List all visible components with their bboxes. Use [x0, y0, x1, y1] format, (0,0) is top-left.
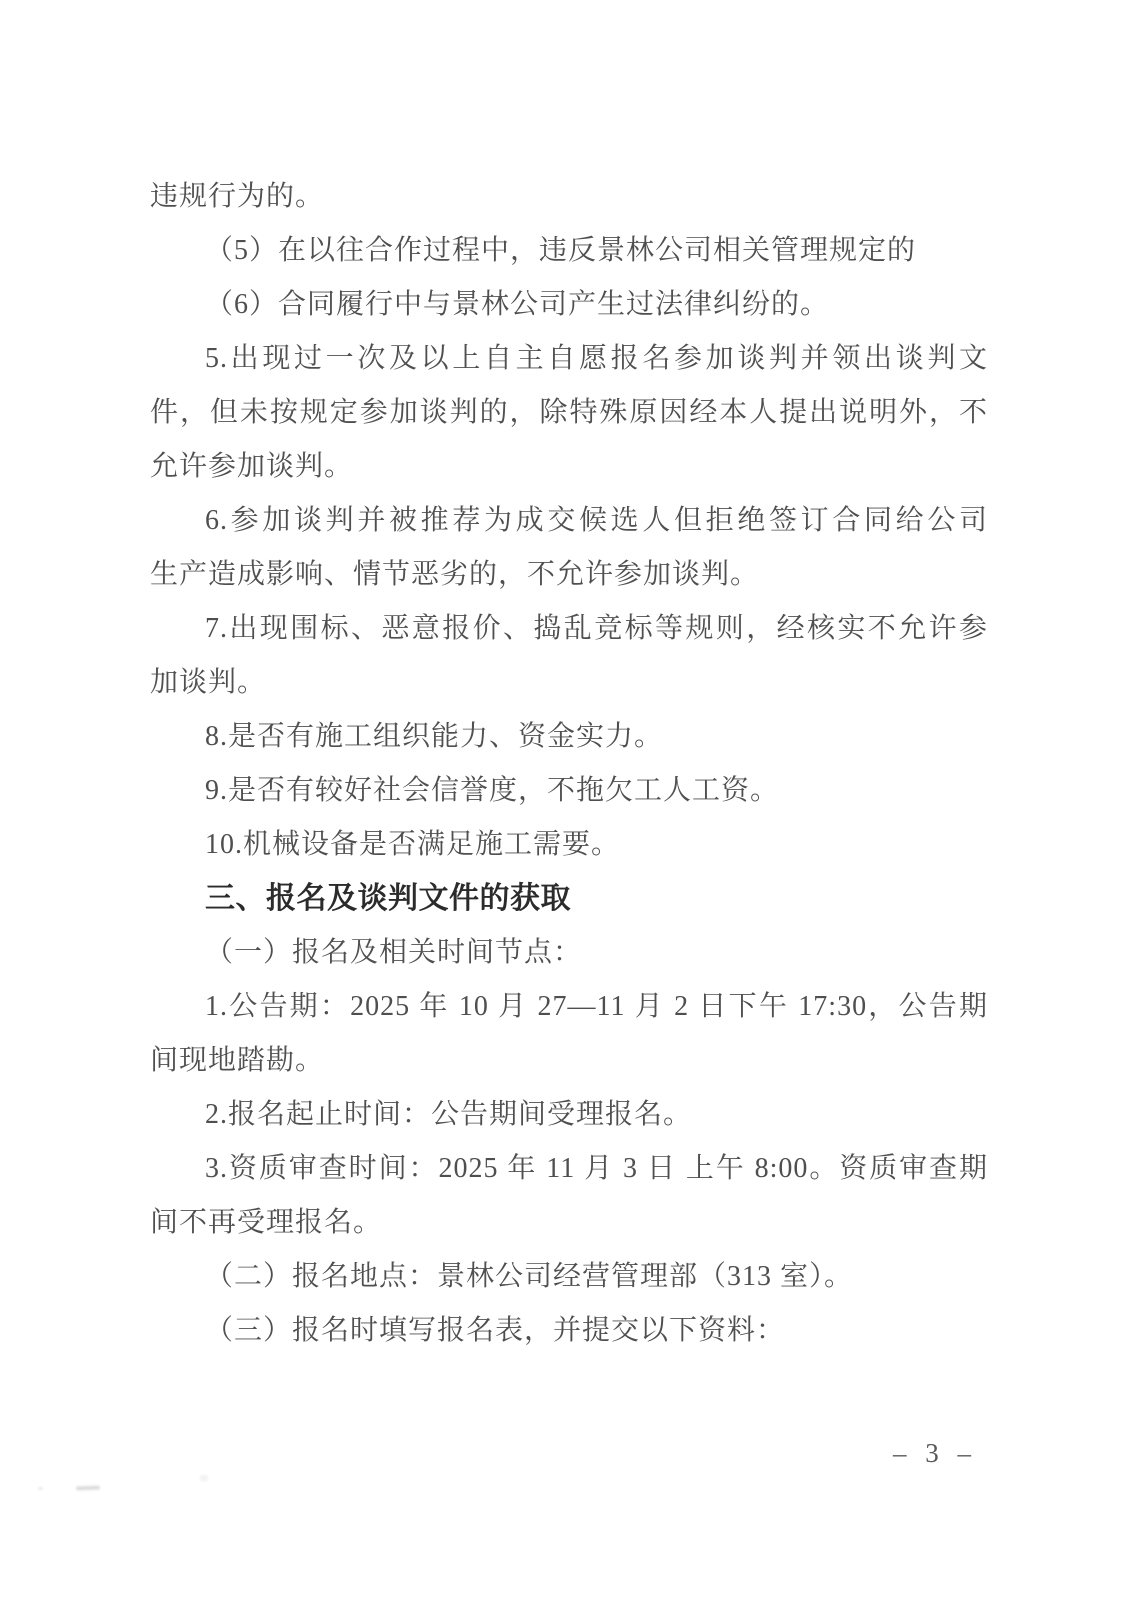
doc-line-notice-period-start: 1.公告期：2025 年 10 月 27—11 月 2 日下午 17:30，公告…	[150, 980, 988, 1034]
doc-line-item-6-end: 生产造成影响、情节恶劣的，不允许参加谈判。	[150, 548, 988, 602]
doc-line-item-10: 10.机械设备是否满足施工需要。	[150, 818, 988, 872]
doc-line-item-paren-6: （6）合同履行中与景林公司产生过法律纠纷的。	[150, 278, 988, 332]
doc-line-item-6-start: 6.参加谈判并被推荐为成交候选人但拒绝签订合同给公司	[150, 494, 988, 548]
doc-line-signup-time: 2.报名起止时间：公告期间受理报名。	[150, 1088, 988, 1142]
doc-line-review-time-end: 间不再受理报名。	[150, 1196, 988, 1250]
doc-line-item-paren-5: （5）在以往合作过程中，违反景林公司相关管理规定的	[150, 224, 988, 278]
document-body: 违规行为的。 （5）在以往合作过程中，违反景林公司相关管理规定的 （6）合同履行…	[150, 170, 988, 1358]
scan-smudge	[200, 1475, 208, 1481]
subsection-1-heading: （一）报名及相关时间节点：	[150, 926, 988, 980]
doc-line-item-5-end: 允许参加谈判。	[150, 440, 988, 494]
doc-line-review-time-start: 3.资质审查时间：2025 年 11 月 3 日 上午 8:00。资质审查期	[150, 1142, 988, 1196]
page-number: – 3 –	[893, 1438, 977, 1469]
document-page: 违规行为的。 （5）在以往合作过程中，违反景林公司相关管理规定的 （6）合同履行…	[0, 0, 1131, 1600]
doc-line-item-5-middle: 件，但未按规定参加谈判的，除特殊原因经本人提出说明外，不	[150, 386, 988, 440]
doc-line-continuation: 违规行为的。	[150, 170, 988, 224]
doc-line-item-7-start: 7.出现围标、恶意报价、捣乱竞标等规则，经核实不允许参	[150, 602, 988, 656]
doc-line-item-9: 9.是否有较好社会信誉度，不拖欠工人工资。	[150, 764, 988, 818]
subsection-3-materials: （三）报名时填写报名表，并提交以下资料：	[150, 1304, 988, 1358]
doc-line-notice-period-end: 间现地踏勘。	[150, 1034, 988, 1088]
doc-line-item-5-start: 5.出现过一次及以上自主自愿报名参加谈判并领出谈判文	[150, 332, 988, 386]
scan-smudge	[38, 1487, 43, 1490]
doc-line-item-7-end: 加谈判。	[150, 656, 988, 710]
scan-smudge	[76, 1486, 100, 1491]
doc-line-item-8: 8.是否有施工组织能力、资金实力。	[150, 710, 988, 764]
subsection-2-location: （二）报名地点：景林公司经营管理部（313 室）。	[150, 1250, 988, 1304]
section-3-heading: 三、报名及谈判文件的获取	[150, 872, 988, 926]
